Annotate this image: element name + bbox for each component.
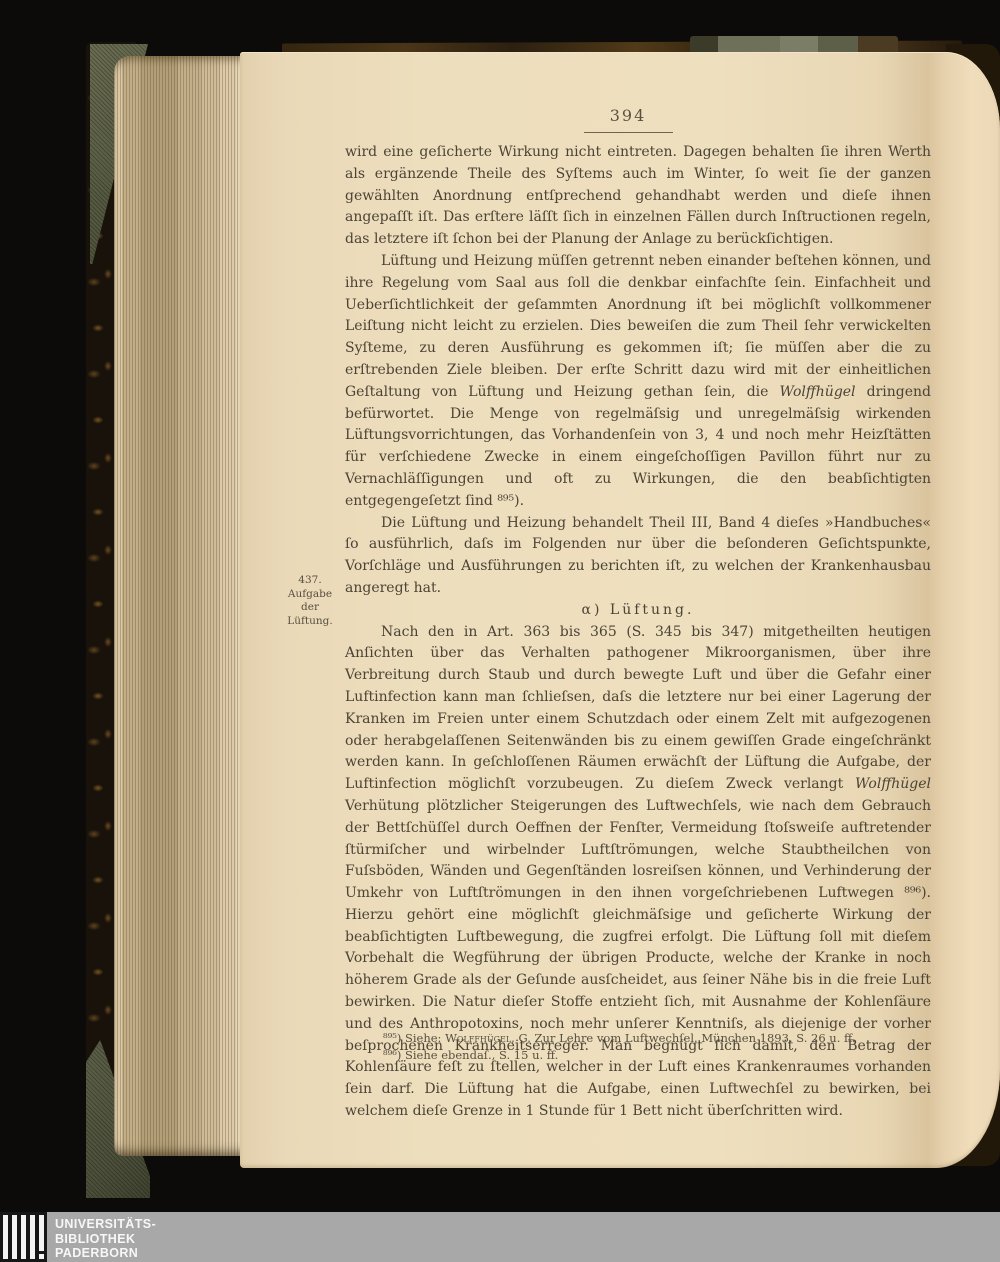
- library-name-line: BIBLIOTHEK: [55, 1232, 156, 1247]
- scanned-book-viewer: 394 437. Aufgabe der Lüftung. wird eine …: [0, 0, 1000, 1262]
- footnote: ⁸⁹⁶) Siehe ebendaſ., S. 15 u. ff.: [383, 1047, 943, 1064]
- margin-note-line: 437.: [278, 574, 342, 588]
- body-paragraph: Lüftung und Heizung müſſen getrennt nebe…: [345, 251, 931, 513]
- margin-note-line: Lüftung.: [278, 615, 342, 629]
- footnote: ⁸⁹⁵) Siehe: Wolffhügel, G. Zur Lehre vom…: [383, 1030, 943, 1047]
- footnotes: ⁸⁹⁵) Siehe: Wolffhügel, G. Zur Lehre vom…: [383, 1030, 943, 1064]
- page-number: 394: [528, 106, 728, 125]
- body-paragraph: wird eine geſicherte Wirkung nicht eintr…: [345, 142, 931, 251]
- library-name-line: PADERBORN: [55, 1246, 156, 1261]
- body-paragraph: Die Lüftung und Heizung behandelt Theil …: [345, 513, 931, 600]
- library-name: UNIVERSITÄTS- BIBLIOTHEK PADERBORN: [55, 1217, 156, 1261]
- library-footer-bar: UNIVERSITÄTS- BIBLIOTHEK PADERBORN: [0, 1212, 1000, 1262]
- scanned-page: 394 437. Aufgabe der Lüftung. wird eine …: [240, 52, 1000, 1168]
- margin-note: 437. Aufgabe der Lüftung.: [278, 574, 342, 628]
- book-page-edges: [114, 56, 246, 1156]
- library-name-line: UNIVERSITÄTS-: [55, 1217, 156, 1232]
- section-heading: α) Lüftung.: [345, 600, 931, 622]
- page-number-rule: [584, 132, 673, 133]
- margin-note-line: Aufgabe: [278, 588, 342, 602]
- body-text: wird eine geſicherte Wirkung nicht eintr…: [345, 142, 931, 1123]
- margin-note-line: der: [278, 601, 342, 615]
- library-logo-icon: [0, 1212, 47, 1262]
